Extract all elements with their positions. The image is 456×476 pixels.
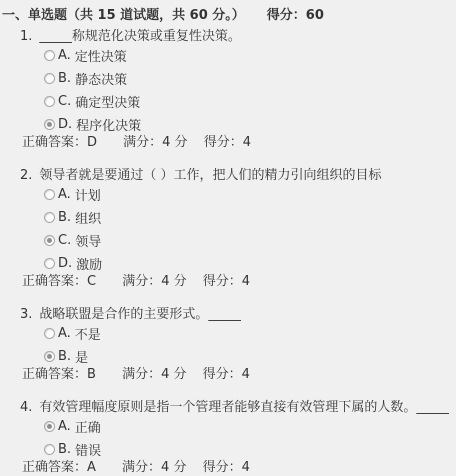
option-label: 激励 <box>76 254 102 273</box>
option-row[interactable]: B. 错误 <box>44 438 456 461</box>
option-label: 错误 <box>75 440 101 459</box>
section-title: 一、单选题（共 15 道试题，共 60 分。） <box>2 8 245 23</box>
option-row[interactable]: A. 正确 <box>44 415 456 438</box>
questions-list: 1._____称规范化决策或重复性决策。 A. 定性决策 B. 静态决策 C. … <box>2 29 456 475</box>
full-marks: 满分：4 分 <box>122 460 186 475</box>
radio-button[interactable] <box>44 50 55 61</box>
question-text: 战略联盟是合作的主要形式。_____ <box>39 307 241 322</box>
question-text: 领导者就是要通过（ ）工作，把人们的精力引向组织的目标 <box>39 168 381 183</box>
option-letter: A. <box>58 48 71 63</box>
option-row[interactable]: A. 不是 <box>44 322 456 345</box>
answer-line: 正确答案：A 满分：4 分 得分：4 <box>22 460 456 475</box>
option-row[interactable]: C. 确定型决策 <box>44 90 456 113</box>
options-group: A. 正确 B. 错误 <box>2 415 456 461</box>
score-obtained: 得分：4 <box>203 274 250 289</box>
question-block: 3.战略联盟是合作的主要形式。_____ A. 不是 B. 是 正确答案：B 满… <box>2 307 456 382</box>
option-letter: B. <box>58 442 71 457</box>
option-letter: C. <box>58 233 71 248</box>
option-letter: B. <box>58 349 71 364</box>
option-label: 静态决策 <box>75 69 127 88</box>
option-label: 定性决策 <box>75 46 127 65</box>
option-row[interactable]: A. 定性决策 <box>44 44 456 67</box>
correct-answer: 正确答案：D <box>22 135 97 150</box>
quiz-section: 一、单选题（共 15 道试题，共 60 分。）得分：60 1._____称规范化… <box>2 8 456 475</box>
option-row[interactable]: D. 激励 <box>44 252 456 275</box>
section-score: 得分：60 <box>267 8 324 23</box>
radio-button[interactable] <box>44 421 55 432</box>
question-number: 1. <box>20 29 32 44</box>
options-group: A. 不是 B. 是 <box>2 322 456 368</box>
radio-button[interactable] <box>44 235 55 246</box>
option-row[interactable]: B. 是 <box>44 345 456 368</box>
question-block: 2.领导者就是要通过（ ）工作，把人们的精力引向组织的目标 A. 计划 B. 组… <box>2 168 456 289</box>
options-group: A. 定性决策 B. 静态决策 C. 确定型决策 D. 程序化决策 <box>2 44 456 136</box>
question-number: 2. <box>20 168 32 183</box>
question-number: 4. <box>20 400 32 415</box>
option-label: 领导 <box>75 231 101 250</box>
radio-button[interactable] <box>44 258 55 269</box>
question-title: 4.有效管理幅度原则是指一个管理者能够直接有效管理下属的人数。_____ <box>20 400 456 415</box>
option-label: 程序化决策 <box>76 115 141 134</box>
answer-line: 正确答案：C 满分：4 分 得分：4 <box>22 274 456 289</box>
option-letter: C. <box>58 94 71 109</box>
question-title: 3.战略联盟是合作的主要形式。_____ <box>20 307 456 322</box>
option-label: 组织 <box>75 208 101 227</box>
question-block: 1._____称规范化决策或重复性决策。 A. 定性决策 B. 静态决策 C. … <box>2 29 456 150</box>
question-text: _____称规范化决策或重复性决策。 <box>39 29 241 44</box>
option-letter: D. <box>58 117 72 132</box>
option-row[interactable]: A. 计划 <box>44 183 456 206</box>
radio-button[interactable] <box>44 73 55 84</box>
radio-button[interactable] <box>44 96 55 107</box>
radio-button[interactable] <box>44 119 55 130</box>
section-header: 一、单选题（共 15 道试题，共 60 分。）得分：60 <box>2 8 456 23</box>
option-label: 是 <box>75 347 88 366</box>
full-marks: 满分：4 分 <box>123 135 187 150</box>
option-label: 计划 <box>75 185 101 204</box>
correct-answer: 正确答案：B <box>22 367 96 382</box>
score-obtained: 得分：4 <box>203 367 250 382</box>
correct-answer: 正确答案：C <box>22 274 96 289</box>
radio-button[interactable] <box>44 328 55 339</box>
question-number: 3. <box>20 307 32 322</box>
score-obtained: 得分：4 <box>204 135 251 150</box>
full-marks: 满分：4 分 <box>122 274 186 289</box>
option-label: 确定型决策 <box>75 92 140 111</box>
option-letter: A. <box>58 326 71 341</box>
score-obtained: 得分：4 <box>203 460 250 475</box>
option-letter: A. <box>58 419 71 434</box>
answer-line: 正确答案：B 满分：4 分 得分：4 <box>22 367 456 382</box>
radio-button[interactable] <box>44 189 55 200</box>
radio-button[interactable] <box>44 351 55 362</box>
option-label: 不是 <box>75 324 101 343</box>
option-label: 正确 <box>75 417 101 436</box>
option-letter: A. <box>58 187 71 202</box>
option-letter: B. <box>58 210 71 225</box>
question-text: 有效管理幅度原则是指一个管理者能够直接有效管理下属的人数。_____ <box>39 400 449 415</box>
option-letter: B. <box>58 71 71 86</box>
option-row[interactable]: C. 领导 <box>44 229 456 252</box>
options-group: A. 计划 B. 组织 C. 领导 D. 激励 <box>2 183 456 275</box>
radio-button[interactable] <box>44 212 55 223</box>
radio-button[interactable] <box>44 444 55 455</box>
question-title: 1._____称规范化决策或重复性决策。 <box>20 29 456 44</box>
option-letter: D. <box>58 256 72 271</box>
option-row[interactable]: D. 程序化决策 <box>44 113 456 136</box>
question-block: 4.有效管理幅度原则是指一个管理者能够直接有效管理下属的人数。_____ A. … <box>2 400 456 475</box>
question-title: 2.领导者就是要通过（ ）工作，把人们的精力引向组织的目标 <box>20 168 456 183</box>
answer-line: 正确答案：D 满分：4 分 得分：4 <box>22 135 456 150</box>
correct-answer: 正确答案：A <box>22 460 96 475</box>
option-row[interactable]: B. 静态决策 <box>44 67 456 90</box>
full-marks: 满分：4 分 <box>122 367 186 382</box>
option-row[interactable]: B. 组织 <box>44 206 456 229</box>
